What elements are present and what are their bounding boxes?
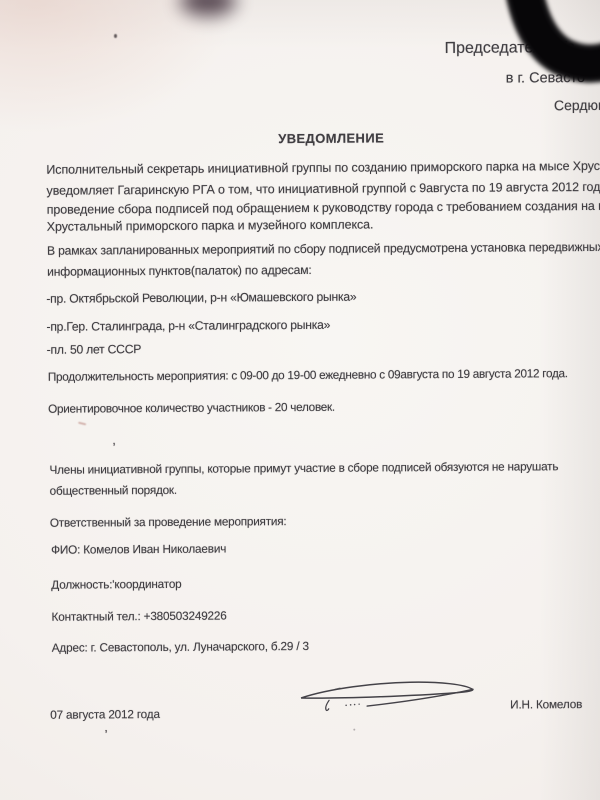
document-photo: Председателю Га в г. Севасто Сердюк УВЕД… xyxy=(0,0,600,800)
black-cable-arc xyxy=(0,0,600,800)
